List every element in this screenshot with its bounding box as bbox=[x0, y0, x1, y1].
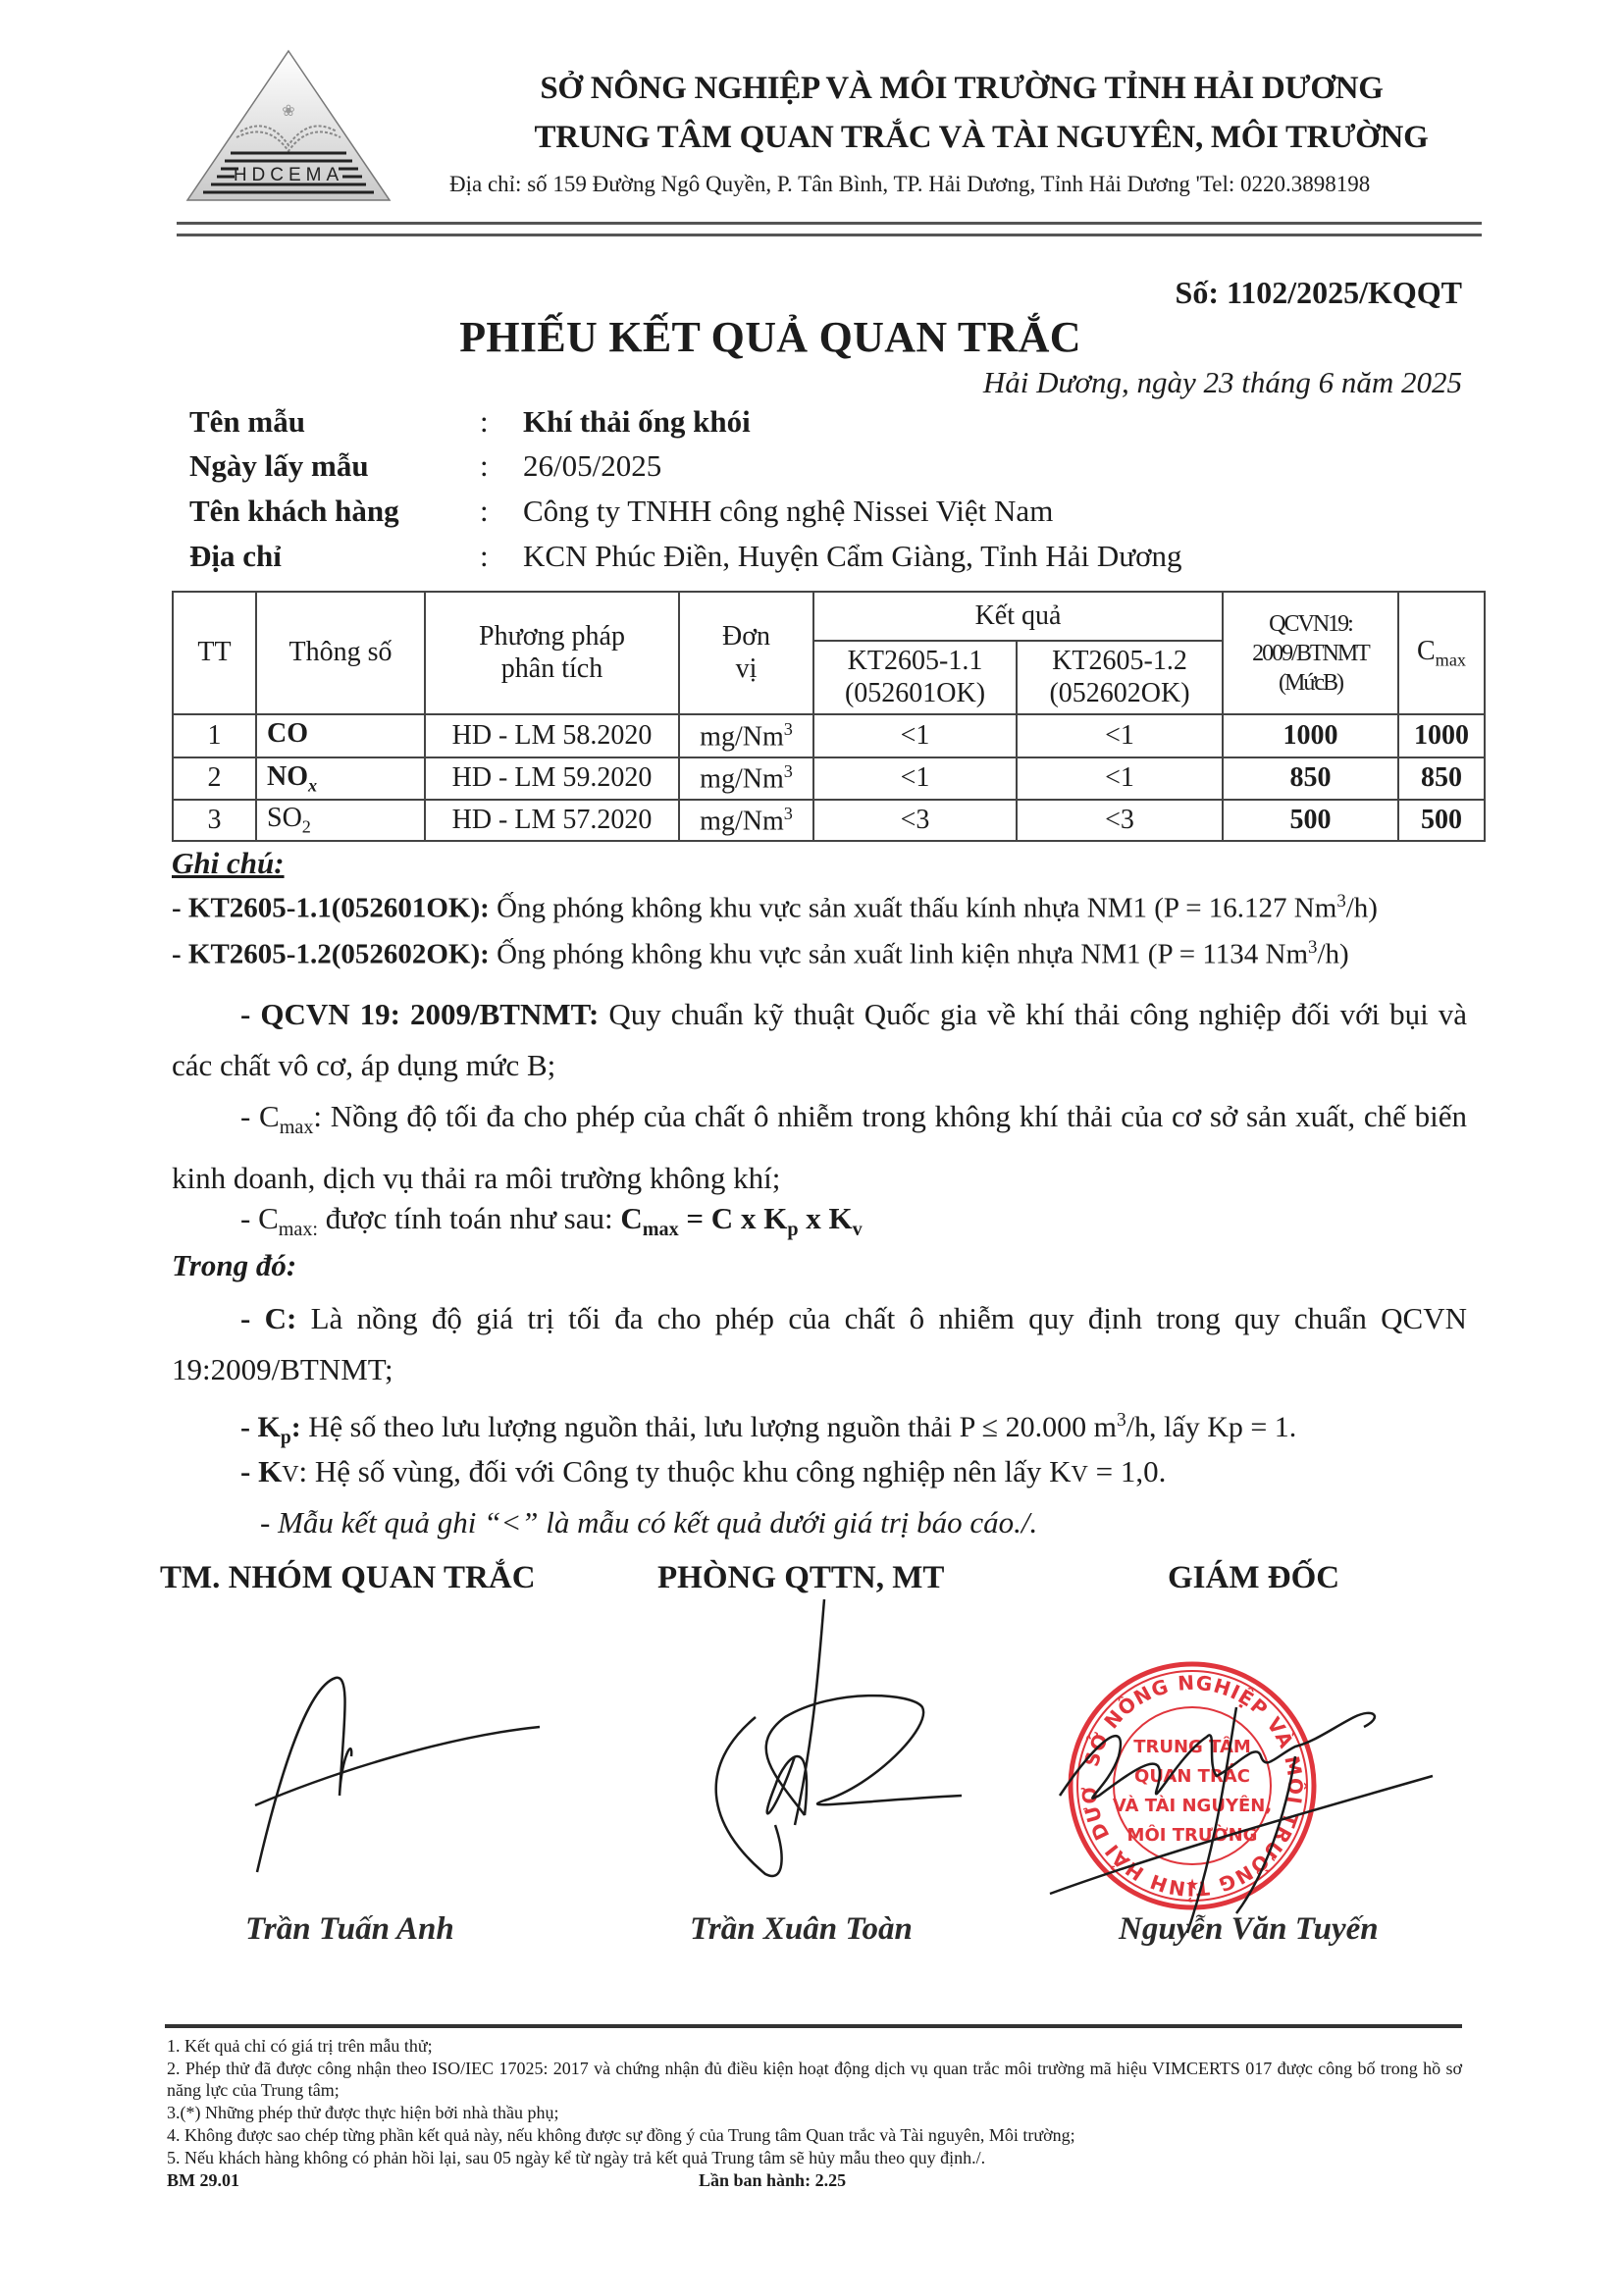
cell-parameter: SO2 bbox=[256, 800, 425, 841]
header-method: Phương pháp phân tích bbox=[425, 592, 679, 714]
svg-text:❀: ❀ bbox=[282, 101, 294, 120]
header-tt: TT bbox=[173, 592, 256, 714]
organization-name: TRUNG TÂM QUAN TRẮC VÀ TÀI NGUYÊN, MÔI T… bbox=[412, 120, 1550, 156]
info-value: KCN Phúc Điền, Huyện Cẩm Giàng, Tỉnh Hải… bbox=[523, 539, 1182, 574]
header-sample-1: KT2605-1.1 (052601OK) bbox=[813, 641, 1017, 714]
cell-result-1: <3 bbox=[813, 800, 1017, 841]
cell-unit: mg/Nm3 bbox=[679, 800, 813, 841]
results-table: TT Thông số Phương pháp phân tích Đơn vị… bbox=[172, 591, 1486, 842]
header-method-line2: phân tích bbox=[426, 653, 678, 685]
header-qcvn: QCVN19: 2009/BTNMT (MứcB) bbox=[1223, 592, 1398, 714]
sample-2-id: (052602OK) bbox=[1018, 678, 1222, 709]
cell-result-1: <1 bbox=[813, 757, 1017, 800]
header-divider-top bbox=[177, 222, 1482, 225]
sample-1-code: KT2605-1.1 bbox=[814, 646, 1016, 677]
signature-title-department: PHÒNG QTTN, MT bbox=[657, 1560, 944, 1596]
signature-2-icon bbox=[677, 1599, 1030, 1894]
svg-text:HDCEMA: HDCEMA bbox=[234, 165, 343, 185]
note-key: - C: bbox=[240, 1301, 296, 1335]
table-row: 3 SO2 HD - LM 57.2020 mg/Nm3 <3 <3 500 5… bbox=[173, 800, 1485, 841]
signer-name-2: Trần Xuân Toàn bbox=[690, 1911, 913, 1948]
info-colon: : bbox=[480, 448, 489, 484]
header-qcvn-line3: (MứcB) bbox=[1224, 668, 1397, 698]
cell-qcvn: 1000 bbox=[1223, 714, 1398, 757]
info-label: Tên mẫu bbox=[189, 404, 305, 440]
cell-tt: 1 bbox=[173, 714, 256, 757]
cell-method: HD - LM 57.2020 bbox=[425, 800, 679, 841]
signature-title-director: GIÁM ĐỐC bbox=[1168, 1560, 1339, 1596]
signature-3-icon bbox=[1040, 1648, 1452, 1943]
info-label: Tên khách hàng bbox=[189, 494, 399, 529]
header-method-line1: Phương pháp bbox=[426, 621, 678, 652]
cell-result-2: <1 bbox=[1017, 714, 1223, 757]
footer-note-1: 1. Kết quả chỉ có giá trị trên mẫu thử; bbox=[167, 2035, 433, 2057]
info-label: Ngày lấy mẫu bbox=[189, 448, 369, 484]
footer-note-3: 3.(*) Những phép thử được thực hiện bởi … bbox=[167, 2102, 559, 2123]
cell-tt: 3 bbox=[173, 800, 256, 841]
cell-cmax: 1000 bbox=[1398, 714, 1485, 757]
cmax-formula: Cmax = C x Kp x Kv bbox=[620, 1201, 862, 1235]
where-heading: Trong đó: bbox=[172, 1240, 1467, 1291]
header-unit-line1: Đơn bbox=[680, 621, 812, 652]
note-key: - KT2605-1.1(052601OK): bbox=[172, 893, 490, 924]
sample-2-code: KT2605-1.2 bbox=[1018, 646, 1222, 677]
parent-organization: SỞ NÔNG NGHIỆP VÀ MÔI TRƯỜNG TỈNH HẢI DƯ… bbox=[412, 71, 1511, 107]
document-title: PHIẾU KẾT QUẢ QUAN TRẮC bbox=[393, 312, 1148, 362]
note-below-limit: - Mẫu kết quả ghi “<” là mẫu có kết quả … bbox=[172, 1497, 1467, 1548]
cell-parameter: NOx bbox=[256, 757, 425, 800]
note-qcvn: - QCVN 19: 2009/BTNMT: Quy chuẩn kỹ thuậ… bbox=[172, 989, 1467, 1091]
header-unit: Đơn vị bbox=[679, 592, 813, 714]
notes-heading: Ghi chú: bbox=[172, 846, 285, 881]
note-key: - KT2605-1.2(052602OK): bbox=[172, 939, 490, 970]
footer-note-5: 5. Nếu khách hàng không có phản hồi lại,… bbox=[167, 2147, 985, 2168]
cmax-c: C bbox=[1417, 636, 1436, 666]
hdcema-logo: ❀ HDCEMA bbox=[180, 47, 397, 204]
header-unit-line2: vị bbox=[680, 653, 812, 685]
info-colon: : bbox=[480, 404, 489, 440]
cell-cmax: 850 bbox=[1398, 757, 1485, 800]
organization-address: Địa chỉ: số 159 Đường Ngô Quyền, P. Tân … bbox=[449, 172, 1370, 197]
info-value: 26/05/2025 bbox=[523, 448, 661, 484]
header-result: Kết quả bbox=[813, 592, 1223, 641]
header-qcvn-line1: QCVN19: bbox=[1224, 609, 1397, 639]
header-cmax: Cmax bbox=[1398, 592, 1485, 714]
header-parameter: Thông số bbox=[256, 592, 425, 714]
cell-unit: mg/Nm3 bbox=[679, 757, 813, 800]
table-row: 1 CO HD - LM 58.2020 mg/Nm3 <1 <1 1000 1… bbox=[173, 714, 1485, 757]
cell-qcvn: 850 bbox=[1223, 757, 1398, 800]
cell-qcvn: 500 bbox=[1223, 800, 1398, 841]
place-date: Hải Dương, ngày 23 tháng 6 năm 2025 bbox=[844, 365, 1462, 400]
info-value: Công ty TNHH công nghệ Nissei Việt Nam bbox=[523, 494, 1053, 529]
cell-unit: mg/Nm3 bbox=[679, 714, 813, 757]
note-kv: - KV: Hệ số vùng, đối với Công ty thuộc … bbox=[172, 1446, 1467, 1500]
footer-divider bbox=[165, 2024, 1462, 2028]
sample-1-id: (052601OK) bbox=[814, 678, 1016, 709]
cell-tt: 2 bbox=[173, 757, 256, 800]
info-colon: : bbox=[480, 494, 489, 529]
form-code: BM 29.01 bbox=[167, 2170, 239, 2191]
table-row: 2 NOx HD - LM 59.2020 mg/Nm3 <1 <1 850 8… bbox=[173, 757, 1485, 800]
signer-name-3: Nguyễn Văn Tuyến bbox=[1119, 1911, 1379, 1948]
note-cmax-definition: - Cmax: Nồng độ tối đa cho phép của chất… bbox=[172, 1091, 1467, 1204]
info-label: Địa chỉ bbox=[189, 539, 282, 574]
document-number: Số: 1102/2025/KQQT bbox=[1128, 275, 1462, 311]
header-sample-2: KT2605-1.2 (052602OK) bbox=[1017, 641, 1223, 714]
header-divider-bottom bbox=[177, 234, 1482, 236]
signature-title-monitoring-group: TM. NHÓM QUAN TRẮC bbox=[160, 1560, 536, 1596]
table-header-row: TT Thông số Phương pháp phân tích Đơn vị… bbox=[173, 592, 1485, 641]
cell-method: HD - LM 59.2020 bbox=[425, 757, 679, 800]
footer-note-2: 2. Phép thử đã được công nhận theo ISO/I… bbox=[167, 2058, 1462, 2101]
cell-cmax: 500 bbox=[1398, 800, 1485, 841]
revision: Lần ban hành: 2.25 bbox=[699, 2170, 846, 2191]
note-sample-2: - KT2605-1.2(052602OK): Ống phóng không … bbox=[172, 937, 1349, 971]
signature-1-icon bbox=[245, 1648, 599, 1884]
cell-method: HD - LM 58.2020 bbox=[425, 714, 679, 757]
note-c: - C: Là nồng độ giá trị tối đa cho phép … bbox=[172, 1293, 1467, 1395]
cell-result-2: <1 bbox=[1017, 757, 1223, 800]
header-qcvn-line2: 2009/BTNMT bbox=[1224, 639, 1397, 668]
cmax-sub: max bbox=[1436, 650, 1466, 669]
cell-result-2: <3 bbox=[1017, 800, 1223, 841]
info-colon: : bbox=[480, 539, 489, 574]
cell-result-1: <1 bbox=[813, 714, 1017, 757]
footer-note-4: 4. Không được sao chép từng phần kết quả… bbox=[167, 2124, 1075, 2146]
note-key: - QCVN 19: 2009/BTNMT: bbox=[240, 997, 599, 1031]
cell-parameter: CO bbox=[256, 714, 425, 757]
signer-name-1: Trần Tuấn Anh bbox=[245, 1911, 454, 1948]
note-sample-1: - KT2605-1.1(052601OK): Ống phóng không … bbox=[172, 891, 1378, 925]
info-value: Khí thải ống khói bbox=[523, 404, 751, 440]
